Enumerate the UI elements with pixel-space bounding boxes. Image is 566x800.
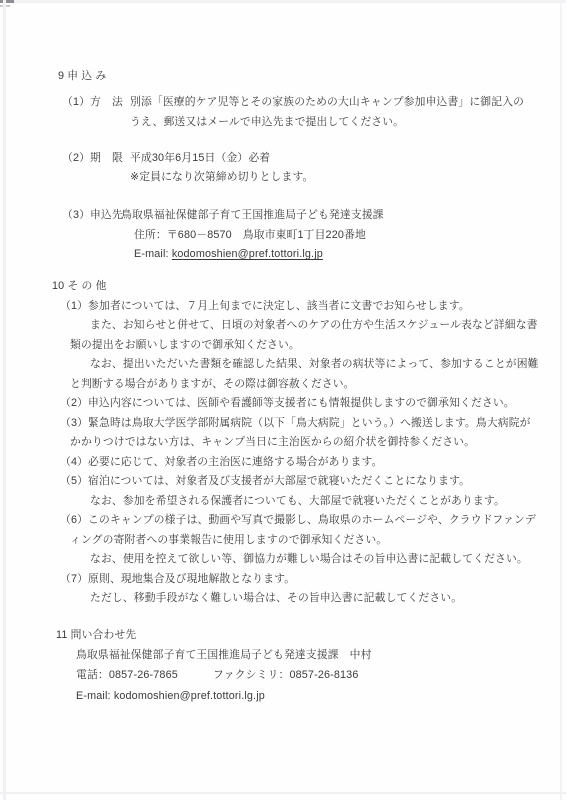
- scanned-document-page: 9 申 込 み （1）方 法 別添「医療的ケア児等とその家族のための大山キャンプ…: [0, 0, 566, 800]
- method-line-2: うえ、郵送又はメールで申込先まで提出してください。: [130, 116, 404, 129]
- method-line-1: 別添「医療的ケア児等とその家族のための大山キャンプ参加申込書」に御記入の: [130, 96, 524, 109]
- destination-line-1: 鳥取県福祉保健部子育て王国推進局子ども発達支援課: [121, 209, 384, 222]
- scan-left-edge: [3, 0, 6, 800]
- scan-right-edge: [560, 0, 562, 800]
- contact-phone: 電話：0857-26-7865: [76, 669, 178, 681]
- note-7-line-1: （7）原則、現地集合及び現地解散となります。: [60, 573, 295, 586]
- note-1-line-5: と判断する場合がありますが、その際は御容赦ください。: [70, 378, 355, 391]
- deadline-label: （2）期 限: [62, 152, 123, 165]
- email-address: kodomoshien@pref.tottori.lg.jp: [172, 248, 323, 260]
- note-6-line-2: ィングの寄附者への事業報告に使用しますので御承知ください。: [70, 534, 387, 547]
- note-3-line-2: かかりつけではない方は、キャンプ当日に主治医からの紹介状を御持参ください。: [70, 436, 475, 449]
- contact-department: 鳥取県福祉保健部子育て王国推進局子ども発達支援課 中村: [76, 649, 372, 662]
- section-10-heading: 10 そ の 他: [52, 280, 107, 293]
- deadline-line-2: ※定員になり次第締め切りとします。: [130, 171, 313, 184]
- note-1-line-2: また、お知らせと併せて、日頃の対象者へのケアの仕方や生活スケジュール表など詳細な…: [90, 319, 538, 332]
- contact-fax: ファクシミリ：0857-26-8136: [213, 669, 358, 681]
- scan-top-edge: [0, 0, 566, 3]
- note-4-line-1: （4）必要に応じて、対象者の主治医に連絡する場合があります。: [60, 456, 383, 469]
- email-label: E-mail:: [134, 248, 169, 260]
- section-11-heading: 11 問い合わせ先: [56, 629, 136, 642]
- deadline-line-1: 平成30年6月15日（金）必着: [130, 152, 270, 165]
- note-7-line-2: ただし、移動手段がなく難しい場合は、その旨申込書に記載してください。: [90, 592, 462, 605]
- note-1-line-4: なお、提出いただいた書類を確認した結果、対象者の病状等によって、参加することが困…: [90, 358, 539, 371]
- note-1-line-3: 類の提出をお願いしますので御承知ください。: [70, 339, 300, 352]
- note-5-line-2: なお、参加を希望される保護者についても、大部屋で就寝いただくことがあります。: [90, 495, 505, 508]
- email-address: kodomoshien@pref.tottori.lg.jp: [114, 690, 265, 702]
- section-9-heading: 9 申 込 み: [58, 70, 106, 83]
- note-6-line-3: なお、使用を控えて欲しい等、御協力が難しい場合はその旨申込書に記載してください。: [90, 553, 528, 566]
- note-3-line-1: （3）緊急時は鳥取大学医学部附属病院（以下「鳥大病院」という。）へ搬送します。鳥…: [60, 417, 531, 430]
- method-label: （1）方 法: [62, 96, 123, 109]
- contact-phone-fax-line: 電話：0857-26-7865 ファクシミリ：0857-26-8136: [76, 669, 359, 682]
- note-2-line-1: （2）申込内容については、医師や看護師等支援者にも情報提供しますので御承知くださ…: [60, 397, 515, 410]
- contact-email-line: E-mail: kodomoshien@pref.tottori.lg.jp: [76, 690, 265, 703]
- destination-label: （3）申込先: [62, 209, 123, 222]
- destination-address: 住所：〒680－8570 鳥取市東町1丁目220番地: [134, 229, 366, 242]
- destination-email-line: E-mail: kodomoshien@pref.tottori.lg.jp: [134, 248, 323, 261]
- note-6-line-1: （6）このキャンプの様子は、動画や写真で撮影し、鳥取県のホームページや、クラウド…: [60, 514, 536, 527]
- note-5-line-1: （5）宿泊については、対象者及び支援者が大部屋で就寝いただくことになります。: [60, 475, 470, 488]
- note-1-line-1: （1）参加者については、７月上旬までに決定し、該当者に文書でお知らせします。: [60, 300, 470, 313]
- scan-bottom-edge: [0, 792, 566, 794]
- email-label: E-mail:: [76, 690, 111, 702]
